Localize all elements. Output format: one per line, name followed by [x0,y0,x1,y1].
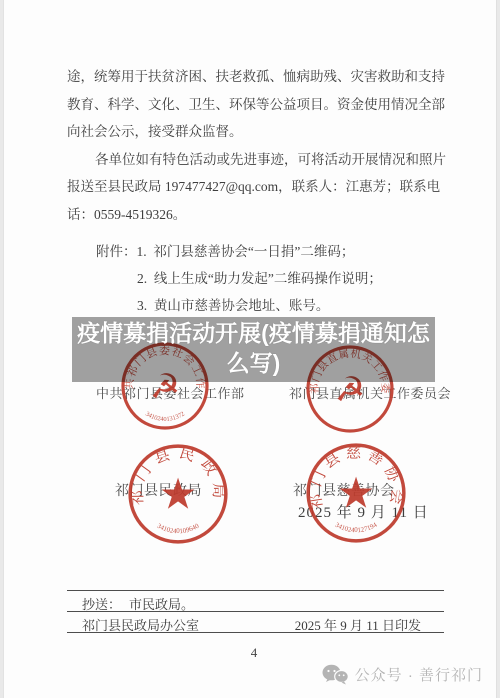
body-text: 途，统筹用于扶贫济困、扶老救孤、恤病助残、灾害救助和支持 教育、科学、文化、卫生… [67,63,447,228]
attachment-item: 附件：1. 祁门县慈善协会“一日捐”二维码； [96,238,382,265]
svg-text:3410240131372: 3410240131372 [144,411,186,423]
star-icon: ★ [159,469,197,519]
body-line: 各单位如有特色活动或先进事迹，可将活动开展情况和照片 [67,146,447,174]
overlay-title-banner: 疫情募捐活动开展(疫情募捐通知怎么写) [72,317,435,382]
attachments-label: 附件： [96,244,137,259]
cc-label: 抄送： [82,597,121,612]
overlay-title: 疫情募捐活动开展(疫情募捐通知怎么写) [76,318,432,378]
wechat-icon [322,664,349,685]
seal-serial: 3410240109640 [156,522,201,535]
attachment-item: 3. 黄山市慈善协会地址、账号。 [137,292,382,319]
star-icon: ★ [337,468,375,518]
body-line: 报送至县民政局 197477427@qq.com，联系人：江惠芳；联系电 [67,173,447,201]
svg-text:3410240109640: 3410240109640 [156,522,201,535]
seal-serial: 3410240127194 [334,521,379,534]
watermark-text: 公众号 · 善行祁门 [355,664,483,685]
footer-rule-top [67,590,444,591]
wechat-watermark: 公众号 · 善行祁门 [322,664,483,685]
footer-rule-middle [67,611,444,612]
cc-value: 市民政局。 [129,597,194,612]
body-line: 向社会公示，接受群众监督。 [67,118,447,146]
seal-star-right: 祁门县慈善协会 3410240127194 ★ [300,437,412,549]
document-page: 途，统筹用于扶贫济困、扶老救孤、恤病助残、灾害救助和支持 教育、科学、文化、卫生… [3,0,497,698]
svg-text:3410240127194: 3410240127194 [334,521,379,534]
attachment-item: 2. 线上生成“助力发起”二维码操作说明； [137,265,382,292]
attachments-list: 附件：1. 祁门县慈善协会“一日捐”二维码； 2. 线上生成“助力发起”二维码操… [96,238,382,320]
seal-star-left: 祁门县民政局 3410240109640 ★ [122,438,234,550]
body-line: 教育、科学、文化、卫生、环保等公益项目。资金使用情况全部 [67,91,447,119]
seal-serial: 3410240131372 [144,411,186,423]
body-line: 途，统筹用于扶贫济困、扶老救孤、恤病助残、灾害救助和支持 [67,63,447,91]
body-line: 话：0559-4519326。 [67,201,447,229]
footer-rule-bottom [67,632,444,633]
page-number: 4 [4,645,500,661]
